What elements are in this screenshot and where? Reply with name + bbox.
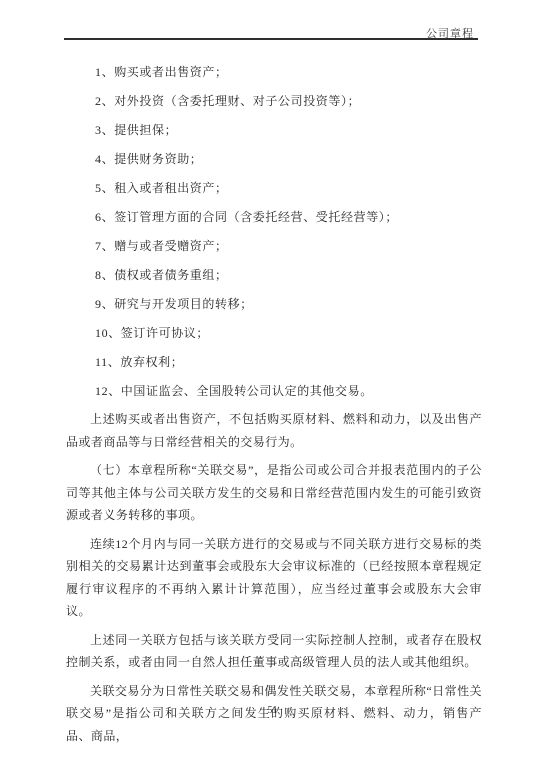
- list-item: 3、提供担保；: [66, 116, 482, 145]
- paragraph-block: 上述购买或者出售资产，不包括购买原材料、燃料和动力，以及出售产品或者商品等与日常…: [66, 408, 482, 747]
- list-item: 5、租入或者租出资产；: [66, 174, 482, 203]
- list-item: 11、放弃权利；: [66, 348, 482, 377]
- paragraph: 上述购买或者出售资产，不包括购买原材料、燃料和动力，以及出售产品或者商品等与日常…: [66, 408, 482, 453]
- list-item: 12、中国证监会、全国股转公司认定的其他交易。: [66, 377, 482, 406]
- list-item: 7、赠与或者受赠资产；: [66, 232, 482, 261]
- numbered-list: 1、购买或者出售资产； 2、对外投资（含委托理财、对子公司投资等）； 3、提供担…: [66, 58, 482, 406]
- list-item: 10、签订许可协议；: [66, 319, 482, 348]
- list-item: 6、签订管理方面的合同（含委托经营、受托经营等）；: [66, 203, 482, 232]
- list-item: 1、购买或者出售资产；: [66, 58, 482, 87]
- list-item: 8、债权或者债务重组；: [66, 261, 482, 290]
- header-rule: [64, 38, 478, 40]
- document-page: 公司章程 1、购买或者出售资产； 2、对外投资（含委托理财、对子公司投资等）； …: [0, 0, 545, 771]
- document-body: 1、购买或者出售资产； 2、对外投资（含委托理财、对子公司投资等）； 3、提供担…: [66, 58, 482, 753]
- list-item: 9、研究与开发项目的转移；: [66, 290, 482, 319]
- paragraph: （七）本章程所称“关联交易”，是指公司或公司合并报表范围内的子公司等其他主体与公…: [66, 459, 482, 527]
- paragraph: 上述同一关联方包括与该关联方受同一实际控制人控制，或者存在股权控制关系，或者由同…: [66, 629, 482, 674]
- list-item: 2、对外投资（含委托理财、对子公司投资等）；: [66, 87, 482, 116]
- paragraph: 连续12个月内与同一关联方进行的交易或与不同关联方进行交易标的类别相关的交易累计…: [66, 533, 482, 623]
- list-item: 4、提供财务资助；: [66, 145, 482, 174]
- page-number: 51: [0, 705, 545, 716]
